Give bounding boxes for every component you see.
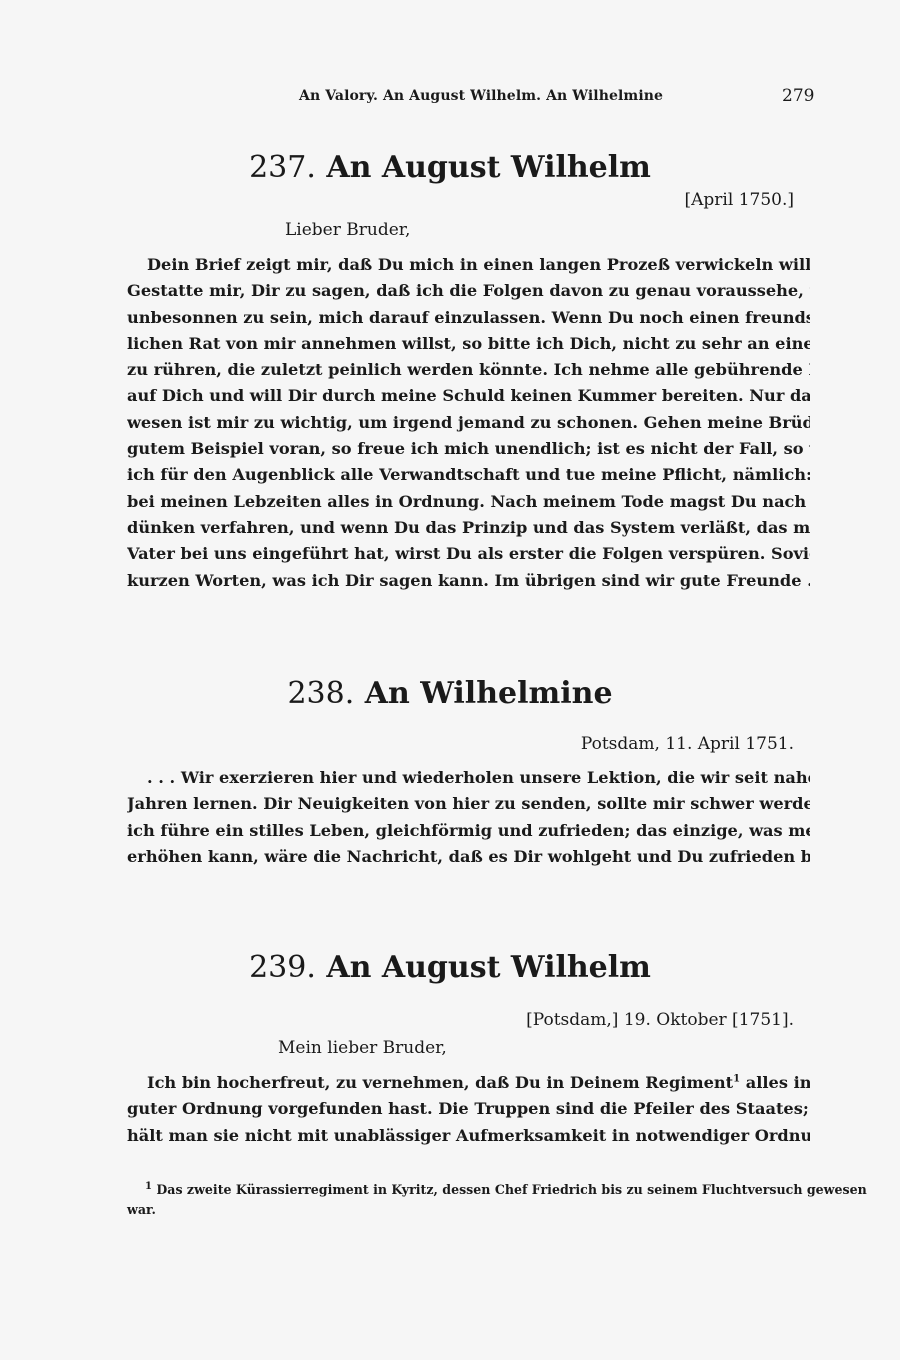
book-page: An Valory. An August Wilhelm. An Wilhelm… xyxy=(0,0,900,1360)
letter-title: An August Wilhelm xyxy=(326,150,651,185)
running-head: An Valory. An August Wilhelm. An Wilhelm… xyxy=(299,88,663,104)
footnote-marker: 1 xyxy=(145,1181,152,1192)
letter-239-heading: 239. An August Wilhelm xyxy=(0,950,900,985)
letter-239-body: Ich bin hocherfreut, zu vernehmen, daß D… xyxy=(127,1070,810,1149)
letter-number: 238. xyxy=(287,676,354,711)
text-line: zu rühren, die zuletzt peinlich werden k… xyxy=(127,357,810,383)
letter-number: 239. xyxy=(249,950,316,985)
text-line: lichen Rat von mir annehmen willst, so b… xyxy=(127,331,810,357)
text-line: auf Dich und will Dir durch meine Schuld… xyxy=(127,383,810,409)
letter-238-dateline: Potsdam, 11. April 1751. xyxy=(581,734,794,754)
text-line: bei meinen Lebzeiten alles in Ordnung. N… xyxy=(127,489,810,515)
letter-title: An August Wilhelm xyxy=(326,950,651,985)
footnote-line: 1 Das zweite Kürassierregiment in Kyritz… xyxy=(127,1180,810,1200)
text-line: gutem Beispiel voran, so freue ich mich … xyxy=(127,436,810,462)
text-line: hält man sie nicht mit unablässiger Aufm… xyxy=(127,1123,810,1149)
text-line: Ich bin hocherfreut, zu vernehmen, daß D… xyxy=(127,1070,810,1096)
footnote-line: war. xyxy=(127,1200,810,1220)
page-number: 279 xyxy=(782,86,814,106)
text-segment: alles in so xyxy=(740,1073,810,1092)
text-line: Jahren lernen. Dir Neuigkeiten von hier … xyxy=(127,791,810,817)
footnote-text: Das zweite Kürassierregiment in Kyritz, … xyxy=(156,1182,866,1197)
text-line: ich für den Augenblick alle Verwandtscha… xyxy=(127,462,810,488)
footnote: 1 Das zweite Kürassierregiment in Kyritz… xyxy=(127,1180,810,1220)
text-line: . . . Wir exerzieren hier und wiederhole… xyxy=(127,765,810,791)
text-line: dünken verfahren, und wenn Du das Prinzi… xyxy=(127,515,810,541)
text-line: Gestatte mir, Dir zu sagen, daß ich die … xyxy=(127,278,810,304)
letter-237-dateline: [April 1750.] xyxy=(685,190,795,210)
text-line: guter Ordnung vorgefunden hast. Die Trup… xyxy=(127,1096,810,1122)
letter-239-dateline: [Potsdam,] 19. Oktober [1751]. xyxy=(526,1010,794,1030)
text-line: erhöhen kann, wäre die Nachricht, daß es… xyxy=(127,844,810,870)
text-segment: Ich bin hocherfreut, zu vernehmen, daß D… xyxy=(147,1073,733,1092)
letter-title: An Wilhelmine xyxy=(365,676,613,711)
text-line: ich führe ein stilles Leben, gleichförmi… xyxy=(127,818,810,844)
letter-238-body: . . . Wir exerzieren hier und wiederhole… xyxy=(127,765,810,870)
letter-number: 237. xyxy=(249,150,316,185)
letter-237-heading: 237. An August Wilhelm xyxy=(0,150,900,185)
letter-239-salutation: Mein lieber Bruder, xyxy=(278,1038,447,1058)
text-line: Dein Brief zeigt mir, daß Du mich in ein… xyxy=(127,252,810,278)
text-line: unbesonnen zu sein, mich darauf einzulas… xyxy=(127,305,810,331)
letter-237-body: Dein Brief zeigt mir, daß Du mich in ein… xyxy=(127,252,810,594)
letter-237-salutation: Lieber Bruder, xyxy=(285,220,410,240)
letter-238-heading: 238. An Wilhelmine xyxy=(0,676,900,711)
text-line: wesen ist mir zu wichtig, um irgend jema… xyxy=(127,410,810,436)
text-line: Vater bei uns eingeführt hat, wirst Du a… xyxy=(127,541,810,567)
text-line: kurzen Worten, was ich Dir sagen kann. I… xyxy=(127,568,810,594)
